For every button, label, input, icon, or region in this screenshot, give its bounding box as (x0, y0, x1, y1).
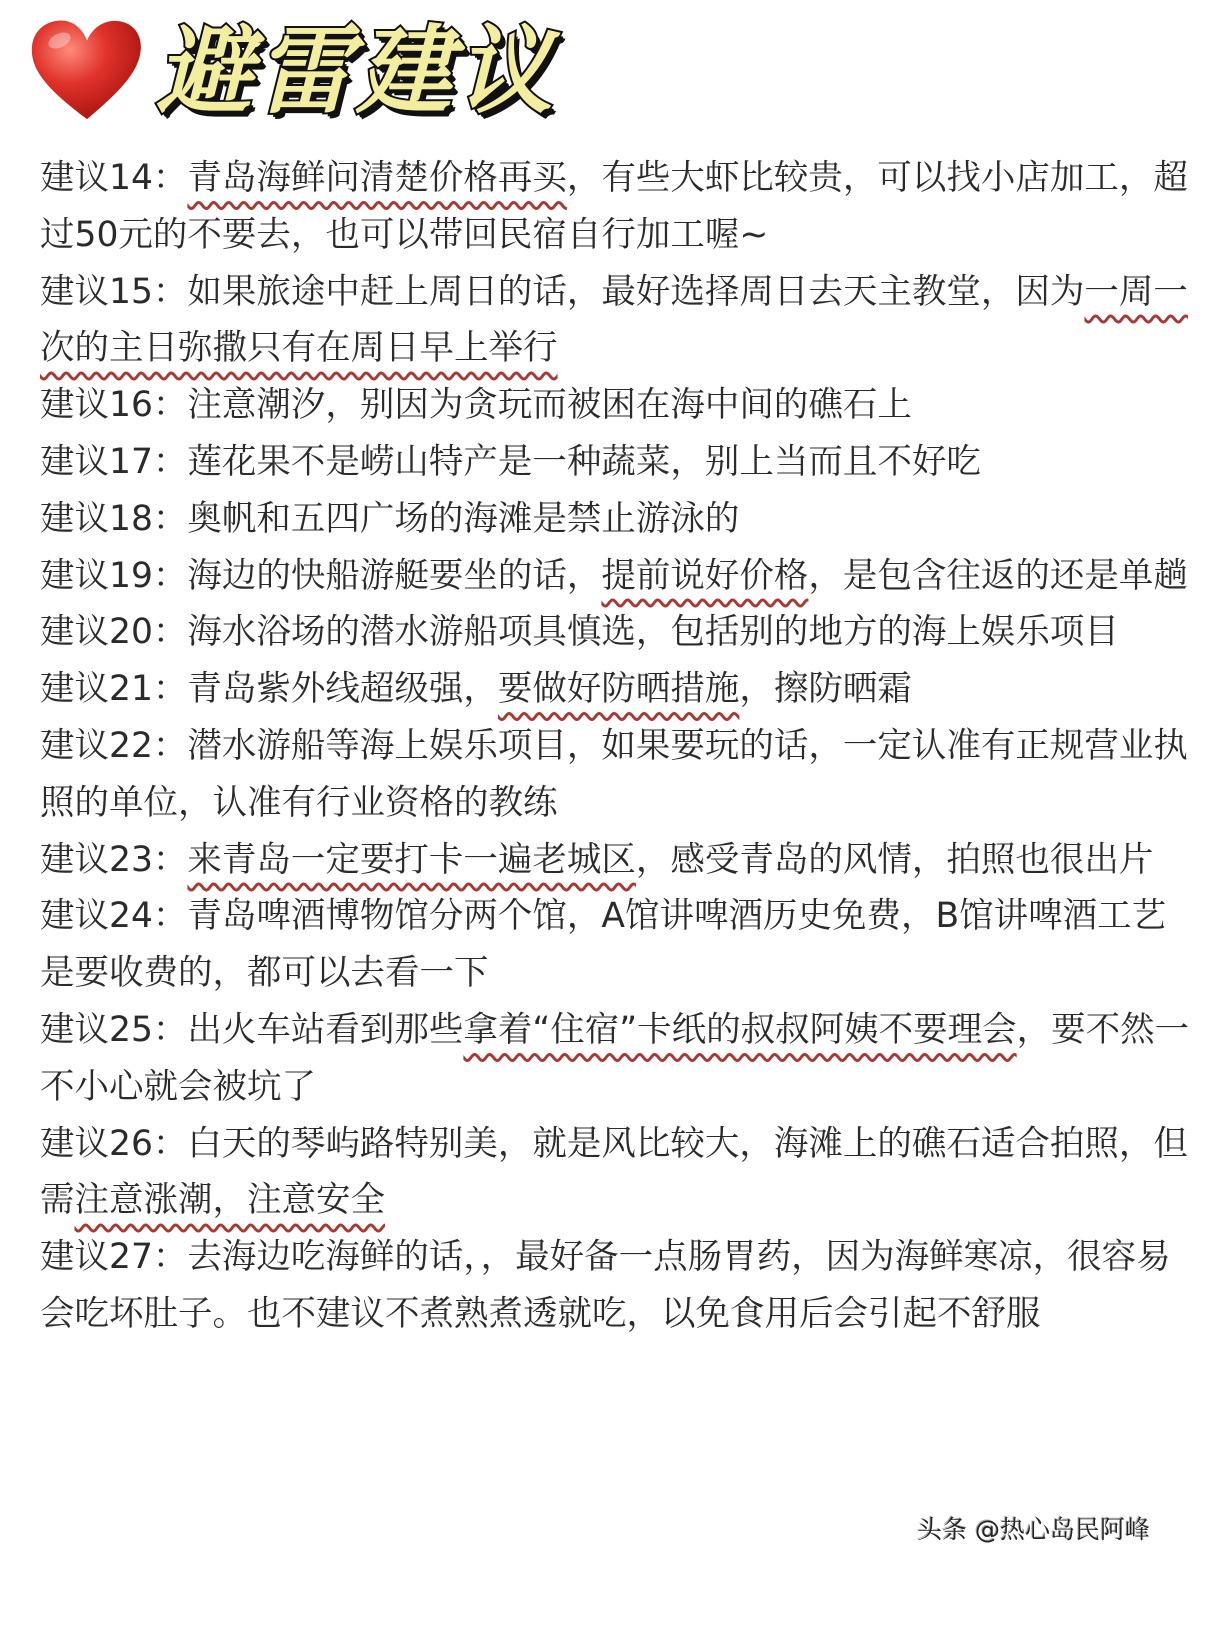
tip-text: ，感受青岛的风情，拍照也很出片 (636, 840, 1154, 880)
tip-label: 建议25： (40, 1010, 187, 1050)
tip-text: 奥帆和五四广场的海滩是禁止游泳的 (187, 499, 739, 539)
tip-text: 注意潮汐，别因为贪玩而被困在海中间的礁石上 (187, 385, 912, 425)
tip-item: 建议19：海边的快船游艇要坐的话，提前说好价格，是包含往返的还是单趟 (40, 548, 1190, 605)
highlighted-text: 拿着“住宿”卡纸的叔叔阿姨不要理会 (463, 1010, 1016, 1050)
highlighted-text: 注意涨潮，注意安全 (75, 1180, 386, 1220)
page-title: 避雷建议 (156, 23, 556, 119)
tip-label: 建议24： (40, 896, 187, 936)
tip-item: 建议18：奥帆和五四广场的海滩是禁止游泳的 (40, 491, 1190, 548)
tips-list: 建议14：青岛海鲜问清楚价格再买，有些大虾比较贵，可以找小店加工，超过50元的不… (40, 150, 1190, 1343)
tip-text: 青岛紫外线超级强， (187, 669, 498, 709)
tip-text: 青岛啤酒博物馆分两个馆，A馆讲啤酒历史免费，B馆讲啤酒工艺是要收费的，都可以去看… (40, 896, 1166, 993)
tip-text: ，是包含往返的还是单趟 (808, 556, 1188, 596)
tip-label: 建议14： (40, 158, 187, 198)
tip-text: 出火车站看到那些 (187, 1010, 463, 1050)
highlighted-text: 要做好防晒措施 (498, 669, 740, 709)
tip-item: 建议24：青岛啤酒博物馆分两个馆，A馆讲啤酒历史免费，B馆讲啤酒工艺是要收费的，… (40, 888, 1190, 1002)
tip-text: ，擦防晒霜 (739, 669, 912, 709)
tip-text: 潜水游船等海上娱乐项目，如果要玩的话，一定认准有正规营业执照的单位，认准有行业资… (40, 726, 1188, 823)
tip-item: 建议26：白天的琴屿路特别美，就是风比较大，海滩上的礁石适合拍照，但需注意涨潮，… (40, 1116, 1190, 1230)
tip-item: 建议20：海水浴场的潜水游船项具慎选，包括别的地方的海上娱乐项目 (40, 604, 1190, 661)
tip-text: 海水浴场的潜水游船项具慎选，包括别的地方的海上娱乐项目 (187, 612, 1119, 652)
tip-item: 建议15：如果旅途中赶上周日的话，最好选择周日去天主教堂，因为一周一次的主日弥撒… (40, 264, 1190, 378)
red-heart-icon (28, 16, 146, 126)
tip-item: 建议25：出火车站看到那些拿着“住宿”卡纸的叔叔阿姨不要理会，要不然一不小心就会… (40, 1002, 1190, 1116)
tip-label: 建议18： (40, 499, 187, 539)
tip-label: 建议23： (40, 840, 187, 880)
tip-text: 莲花果不是崂山特产是一种蔬菜，别上当而且不好吃 (187, 442, 981, 482)
tip-label: 建议27： (40, 1237, 187, 1277)
tip-text: 海边的快船游艇要坐的话， (187, 556, 601, 596)
tip-text: 如果旅途中赶上周日的话，最好选择周日去天主教堂，因为 (187, 272, 1084, 312)
highlighted-text: 来青岛一定要打卡一遍老城区 (187, 840, 636, 880)
tip-item: 建议22：潜水游船等海上娱乐项目，如果要玩的话，一定认准有正规营业执照的单位，认… (40, 718, 1190, 832)
highlighted-text: 青岛海鲜问清楚价格再买 (187, 158, 567, 198)
tip-text: 去海边吃海鲜的话，，最好备一点肠胃药，因为海鲜寒凉，很容易会吃坏肚子。也不建议不… (40, 1237, 1171, 1334)
tip-item: 建议27：去海边吃海鲜的话，，最好备一点肠胃药，因为海鲜寒凉，很容易会吃坏肚子。… (40, 1229, 1190, 1343)
page-header: 避雷建议 (28, 8, 556, 133)
tip-item: 建议17：莲花果不是崂山特产是一种蔬菜，别上当而且不好吃 (40, 434, 1190, 491)
author-watermark: 头条 @热心岛民阿峰 (917, 1510, 1150, 1546)
tip-label: 建议20： (40, 612, 187, 652)
tip-item: 建议16：注意潮汐，别因为贪玩而被困在海中间的礁石上 (40, 377, 1190, 434)
highlighted-text: 提前说好价格 (601, 556, 808, 596)
tip-item: 建议14：青岛海鲜问清楚价格再买，有些大虾比较贵，可以找小店加工，超过50元的不… (40, 150, 1190, 264)
tip-label: 建议16： (40, 385, 187, 425)
tip-item: 建议23：来青岛一定要打卡一遍老城区，感受青岛的风情，拍照也很出片 (40, 832, 1190, 889)
tip-label: 建议15： (40, 272, 187, 312)
tip-label: 建议17： (40, 442, 187, 482)
tip-label: 建议21： (40, 669, 187, 709)
tip-item: 建议21：青岛紫外线超级强，要做好防晒措施，擦防晒霜 (40, 661, 1190, 718)
tip-label: 建议19： (40, 556, 187, 596)
tip-label: 建议26： (40, 1124, 187, 1164)
tip-label: 建议22： (40, 726, 187, 766)
